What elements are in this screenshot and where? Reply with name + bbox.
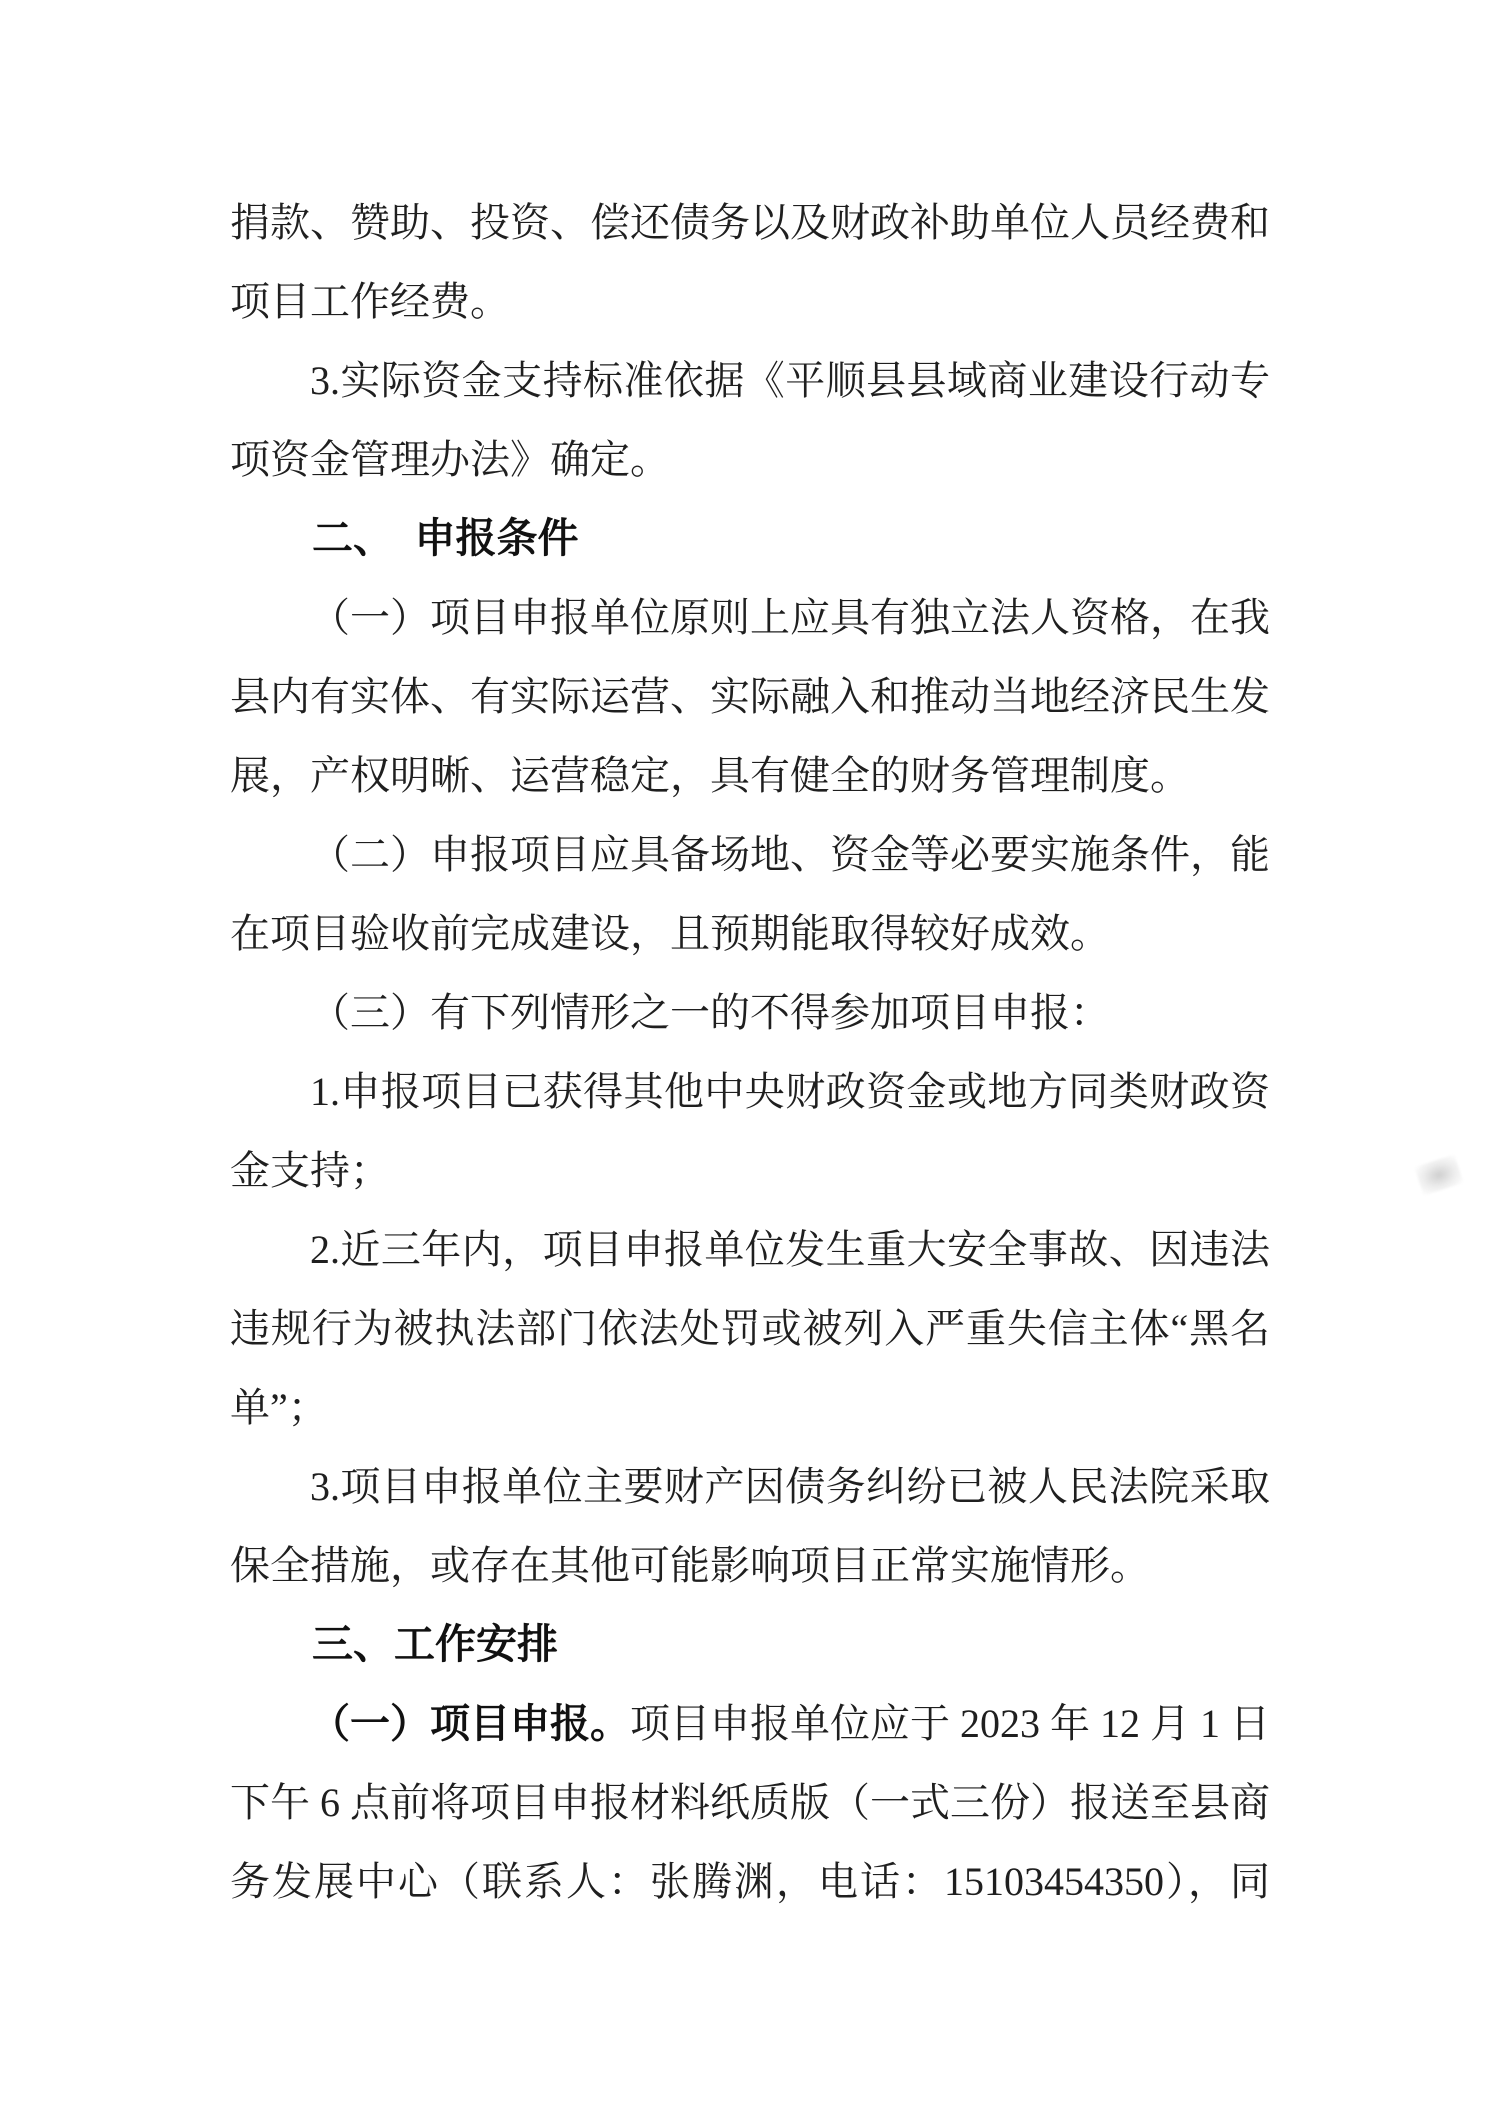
document-page: 捐款、赞助、投资、偿还债务以及财政补助单位人员经费和 项目工作经费。 3.实际资… <box>0 0 1488 2104</box>
doc-line: 2.近三年内，项目申报单位发生重大安全事故、因违法 <box>230 1210 1270 1289</box>
doc-line: 项目工作经费。 <box>230 262 1270 341</box>
doc-line: 县内有实体、有实际运营、实际融入和推动当地经济民生发 <box>230 657 1270 736</box>
document-text-block: 捐款、赞助、投资、偿还债务以及财政补助单位人员经费和 项目工作经费。 3.实际资… <box>230 183 1270 1921</box>
doc-line: 务发展中心（联系人：张腾渊，电话：15103454350），同 <box>230 1842 1270 1921</box>
doc-line: 违规行为被执法部门依法处罚或被列入严重失信主体“黑名 <box>230 1289 1270 1368</box>
doc-line: 3.实际资金支持标准依据《平顺县县域商业建设行动专 <box>230 341 1270 420</box>
doc-line: 捐款、赞助、投资、偿还债务以及财政补助单位人员经费和 <box>230 183 1270 262</box>
doc-line: 下午 6 点前将项目申报材料纸质版（一式三份）报送至县商 <box>230 1763 1270 1842</box>
doc-line: （三）有下列情形之一的不得参加项目申报： <box>230 973 1270 1052</box>
paragraph-lead-bold: （一）项目申报。 <box>310 1702 630 1746</box>
doc-line: 单”； <box>230 1368 1270 1447</box>
doc-line: 展，产权明晰、运营稳定，具有健全的财务管理制度。 <box>230 736 1270 815</box>
doc-line: 金支持； <box>230 1131 1270 1210</box>
scan-smudge-artifact <box>1414 1154 1463 1196</box>
doc-line: 项资金管理办法》确定。 <box>230 420 1270 499</box>
doc-line: 3.项目申报单位主要财产因债务纠纷已被人民法院采取 <box>230 1447 1270 1526</box>
doc-line: 1.申报项目已获得其他中央财政资金或地方同类财政资 <box>230 1052 1270 1131</box>
section-heading-3: 三、工作安排 <box>230 1605 1270 1684</box>
paragraph-lead-rest: 项目申报单位应于 2023 年 12 月 1 日 <box>630 1701 1270 1746</box>
section-heading-2: 二、 申报条件 <box>230 499 1270 578</box>
doc-line: （一）项目申报单位原则上应具有独立法人资格，在我 <box>230 578 1270 657</box>
doc-line: （二）申报项目应具备场地、资金等必要实施条件，能 <box>230 815 1270 894</box>
doc-line: 在项目验收前完成建设，且预期能取得较好成效。 <box>230 894 1270 973</box>
doc-line: 保全措施，或存在其他可能影响项目正常实施情形。 <box>230 1526 1270 1605</box>
doc-line: （一）项目申报。项目申报单位应于 2023 年 12 月 1 日 <box>230 1684 1270 1763</box>
